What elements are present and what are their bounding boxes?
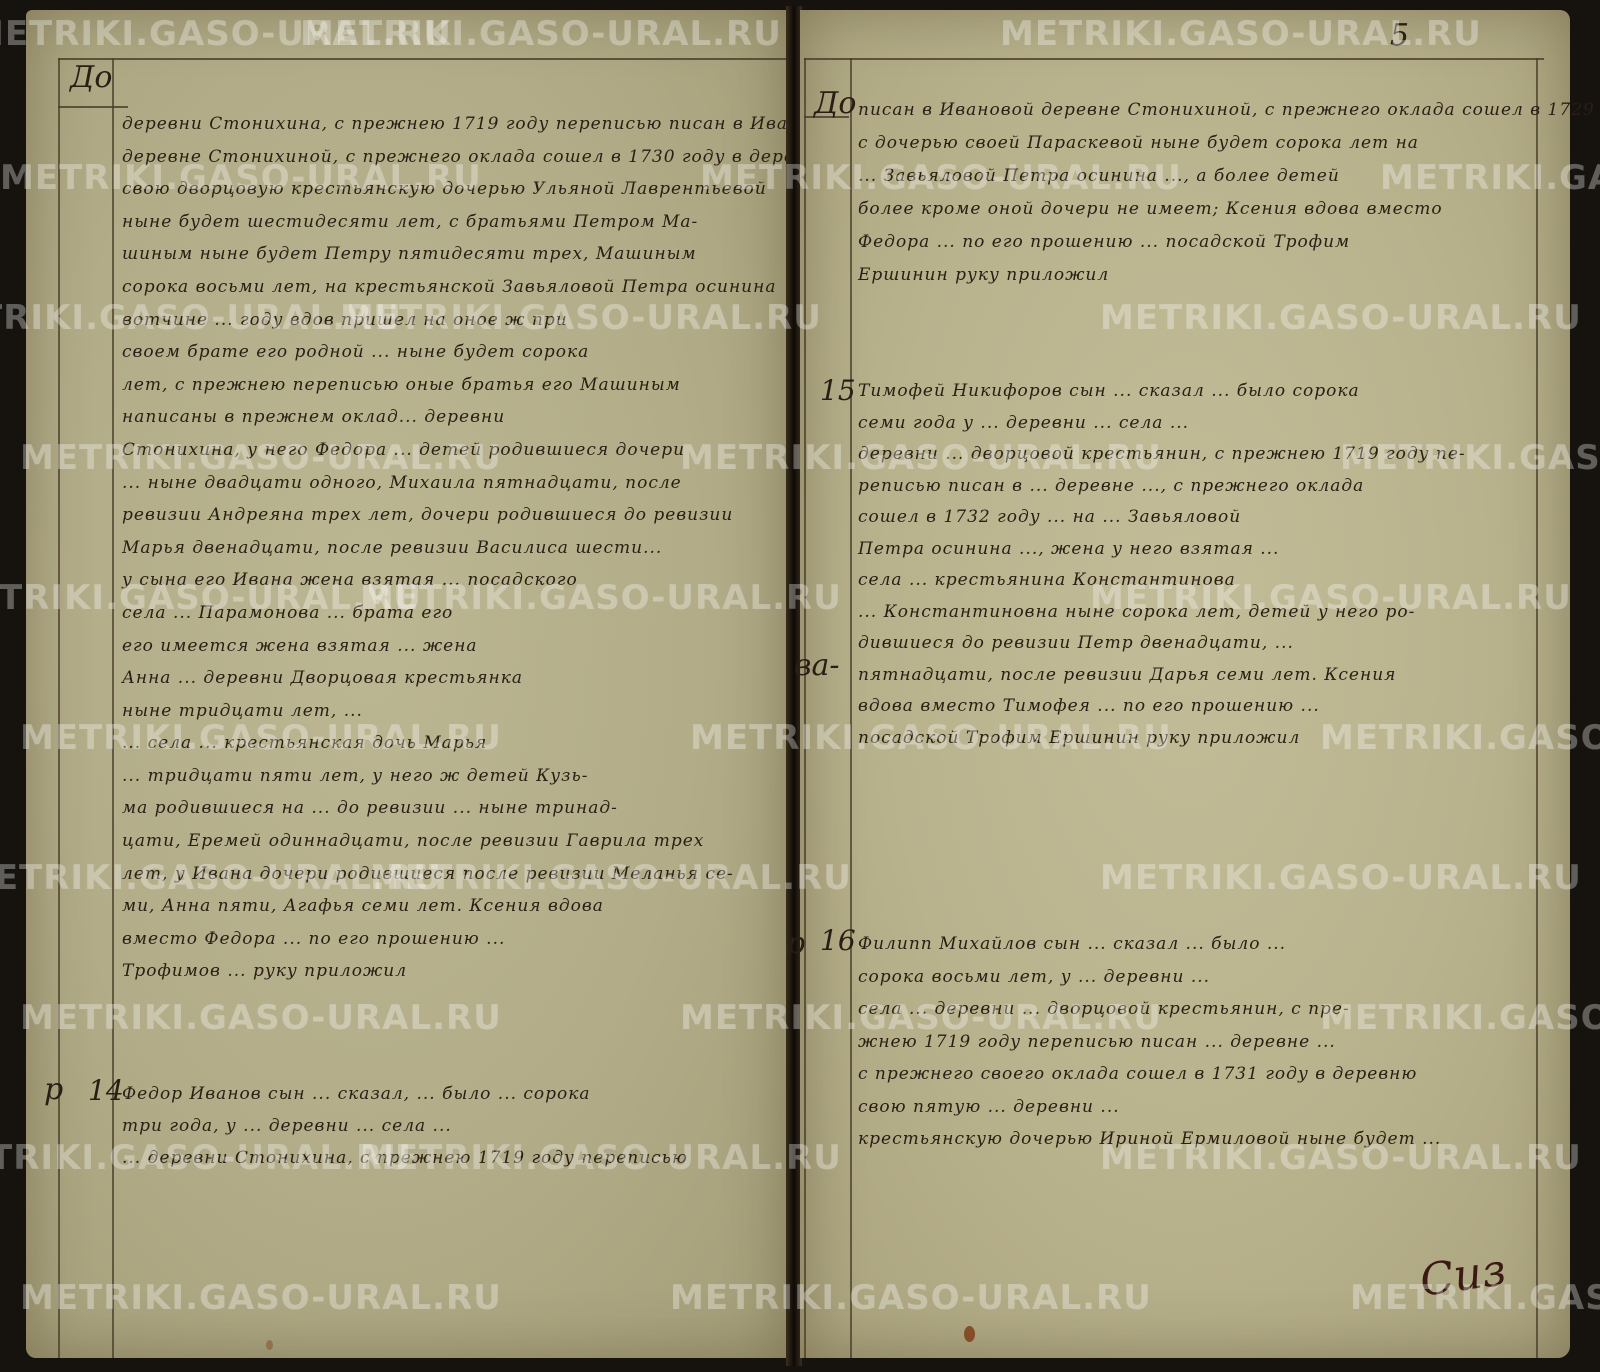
document-spread: До деревни Стонихина, с прежнею 1719 год… <box>0 0 1600 1372</box>
text-line: лет, с прежнею переписью оные братья его… <box>122 369 846 402</box>
text-line: жнею 1719 году переписью писан ... дерев… <box>858 1026 1441 1059</box>
text-line: вместо Федора ... по его прошению ... <box>122 923 846 956</box>
text-line: цати, Еремей одиннадцати, после ревизии … <box>122 825 846 858</box>
margin-note: ва- <box>794 648 839 683</box>
ink-spot <box>266 1340 273 1350</box>
text-line: села ... деревни ... дворцовой крестьяни… <box>858 993 1441 1026</box>
text-line: ревизии Андреяна трех лет, дочери родивш… <box>122 499 846 532</box>
text-line: Федор Иванов сын ... сказал, ... было ..… <box>122 1078 688 1110</box>
text-line: деревни ... дворцовой крестьянин, с преж… <box>858 439 1466 471</box>
text-line: Ершинин руку приложил <box>858 259 1600 292</box>
margin-mark: р <box>44 1072 63 1107</box>
text-line: свою дворцовую крестьянскую дочерью Улья… <box>122 173 846 206</box>
text-line: свою пятую ... деревни ... <box>858 1091 1441 1124</box>
text-line: своем брате его родной ... ныне будет со… <box>122 336 846 369</box>
text-line: ... тридцати пяти лет, у него ж детей Ку… <box>122 760 846 793</box>
text-line: с дочерью своей Параскевой ныне будет со… <box>858 127 1600 160</box>
text-line: крестьянскую дочерью Ириной Ермиловой ны… <box>858 1123 1441 1156</box>
text-line: Анна ... деревни Дворцовая крестьянка <box>122 662 846 695</box>
text-line: деревни Стонихина, с прежнею 1719 году п… <box>122 108 846 141</box>
text-line: Тимофей Никифоров сын ... сказал ... был… <box>858 376 1466 408</box>
text-line: ... деревни Стонихина, с прежнею 1719 го… <box>122 1142 688 1174</box>
rust-stain <box>964 1326 975 1342</box>
margin-mark: р <box>786 926 805 961</box>
text-line: реписью писан в ... деревне ..., с прежн… <box>858 471 1466 503</box>
text-line: посадской Трофим Ершинин руку приложил <box>858 723 1466 755</box>
text-line: ма родившиеся на ... до ревизии ... ныне… <box>122 792 846 825</box>
text-line: написаны в прежнем оклад... деревни <box>122 401 846 434</box>
margin-line-inner <box>850 58 852 1358</box>
text-line: ... Завьяловой Петра осинина ..., а боле… <box>858 160 1600 193</box>
text-line: его имеется жена взятая ... жена <box>122 630 846 663</box>
text-line: деревне Стонихиной, с прежнего оклада со… <box>122 141 846 174</box>
right-page: 5 До писан в Ивановой деревне Стонихиной… <box>800 10 1570 1358</box>
text-line: с прежнего своего оклада сошел в 1731 го… <box>858 1058 1441 1091</box>
page-number: 5 <box>1390 18 1409 53</box>
text-line: села ... крестьянина Константинова <box>858 565 1466 597</box>
signature-flourish: Сиз <box>1417 1244 1509 1306</box>
entry-text: деревни Стонихина, с прежнею 1719 году п… <box>122 108 846 988</box>
entry-15-text: Тимофей Никифоров сын ... сказал ... был… <box>858 376 1466 754</box>
entry-number-14: 14 <box>88 1074 124 1107</box>
text-line: сорока восьми лет, на крестьянской Завья… <box>122 271 846 304</box>
column-header: До <box>70 60 112 95</box>
margin-line-outer <box>58 58 60 1358</box>
text-line: ... Константиновна ныне сорока лет, дете… <box>858 597 1466 629</box>
text-line: ми, Анна пяти, Агафья семи лет. Ксения в… <box>122 890 846 923</box>
column-header: До <box>814 86 856 121</box>
text-line: Петра осинина ..., жена у него взятая ..… <box>858 534 1466 566</box>
left-page: До деревни Стонихина, с прежнею 1719 год… <box>26 10 788 1358</box>
margin-line-inner <box>112 58 114 1358</box>
text-line: вотчине ... году вдов пришел на оное ж п… <box>122 304 846 337</box>
text-line: дившиеся до ревизии Петр двенадцати, ... <box>858 628 1466 660</box>
text-line: сошел в 1732 году ... на ... Завьяловой <box>858 502 1466 534</box>
text-line: три года, у ... деревни ... села ... <box>122 1110 688 1142</box>
top-rule <box>804 58 1544 60</box>
text-line: Трофимов ... руку приложил <box>122 955 846 988</box>
text-line: ... села ... крестьянская дочь Марья <box>122 727 846 760</box>
text-line: лет, у Ивана дочери родившиеся после рев… <box>122 858 846 891</box>
entry-14-text: Федор Иванов сын ... сказал, ... было ..… <box>122 1078 688 1174</box>
entry-continuation-text: писан в Ивановой деревне Стонихиной, с п… <box>858 94 1600 292</box>
text-line: ... ныне двадцати одного, Михаила пятнад… <box>122 467 846 500</box>
entry-16-text: Филипп Михайлов сын ... сказал ... было … <box>858 928 1441 1156</box>
text-line: ныне будет шестидесяти лет, с братьями П… <box>122 206 846 239</box>
text-line: Марья двенадцати, после ревизии Василиса… <box>122 532 846 565</box>
text-line: села ... Парамонова ... брата его <box>122 597 846 630</box>
text-line: Филипп Михайлов сын ... сказал ... было … <box>858 928 1441 961</box>
margin-line-outer <box>804 58 806 1358</box>
entry-number-16: 16 <box>820 924 856 957</box>
header-box-rule <box>58 106 128 108</box>
text-line: Федора ... по его прошению ... посадской… <box>858 226 1600 259</box>
top-rule <box>58 58 788 60</box>
text-line: пятнадцати, после ревизии Дарья семи лет… <box>858 660 1466 692</box>
text-line: Стонихина, у него Федора ... детей родив… <box>122 434 846 467</box>
text-line: более кроме оной дочери не имеет; Ксения… <box>858 193 1600 226</box>
text-line: у сына его Ивана жена взятая ... посадск… <box>122 564 846 597</box>
text-line: ныне тридцати лет, ... <box>122 695 846 728</box>
text-line: семи года у ... деревни ... села ... <box>858 408 1466 440</box>
text-line: вдова вместо Тимофея ... по его прошению… <box>858 691 1466 723</box>
entry-number-15: 15 <box>820 374 856 407</box>
text-line: шиным ныне будет Петру пятидесяти трех, … <box>122 238 846 271</box>
text-line: писан в Ивановой деревне Стонихиной, с п… <box>858 94 1600 127</box>
text-line: сорока восьми лет, у ... деревни ... <box>858 961 1441 994</box>
